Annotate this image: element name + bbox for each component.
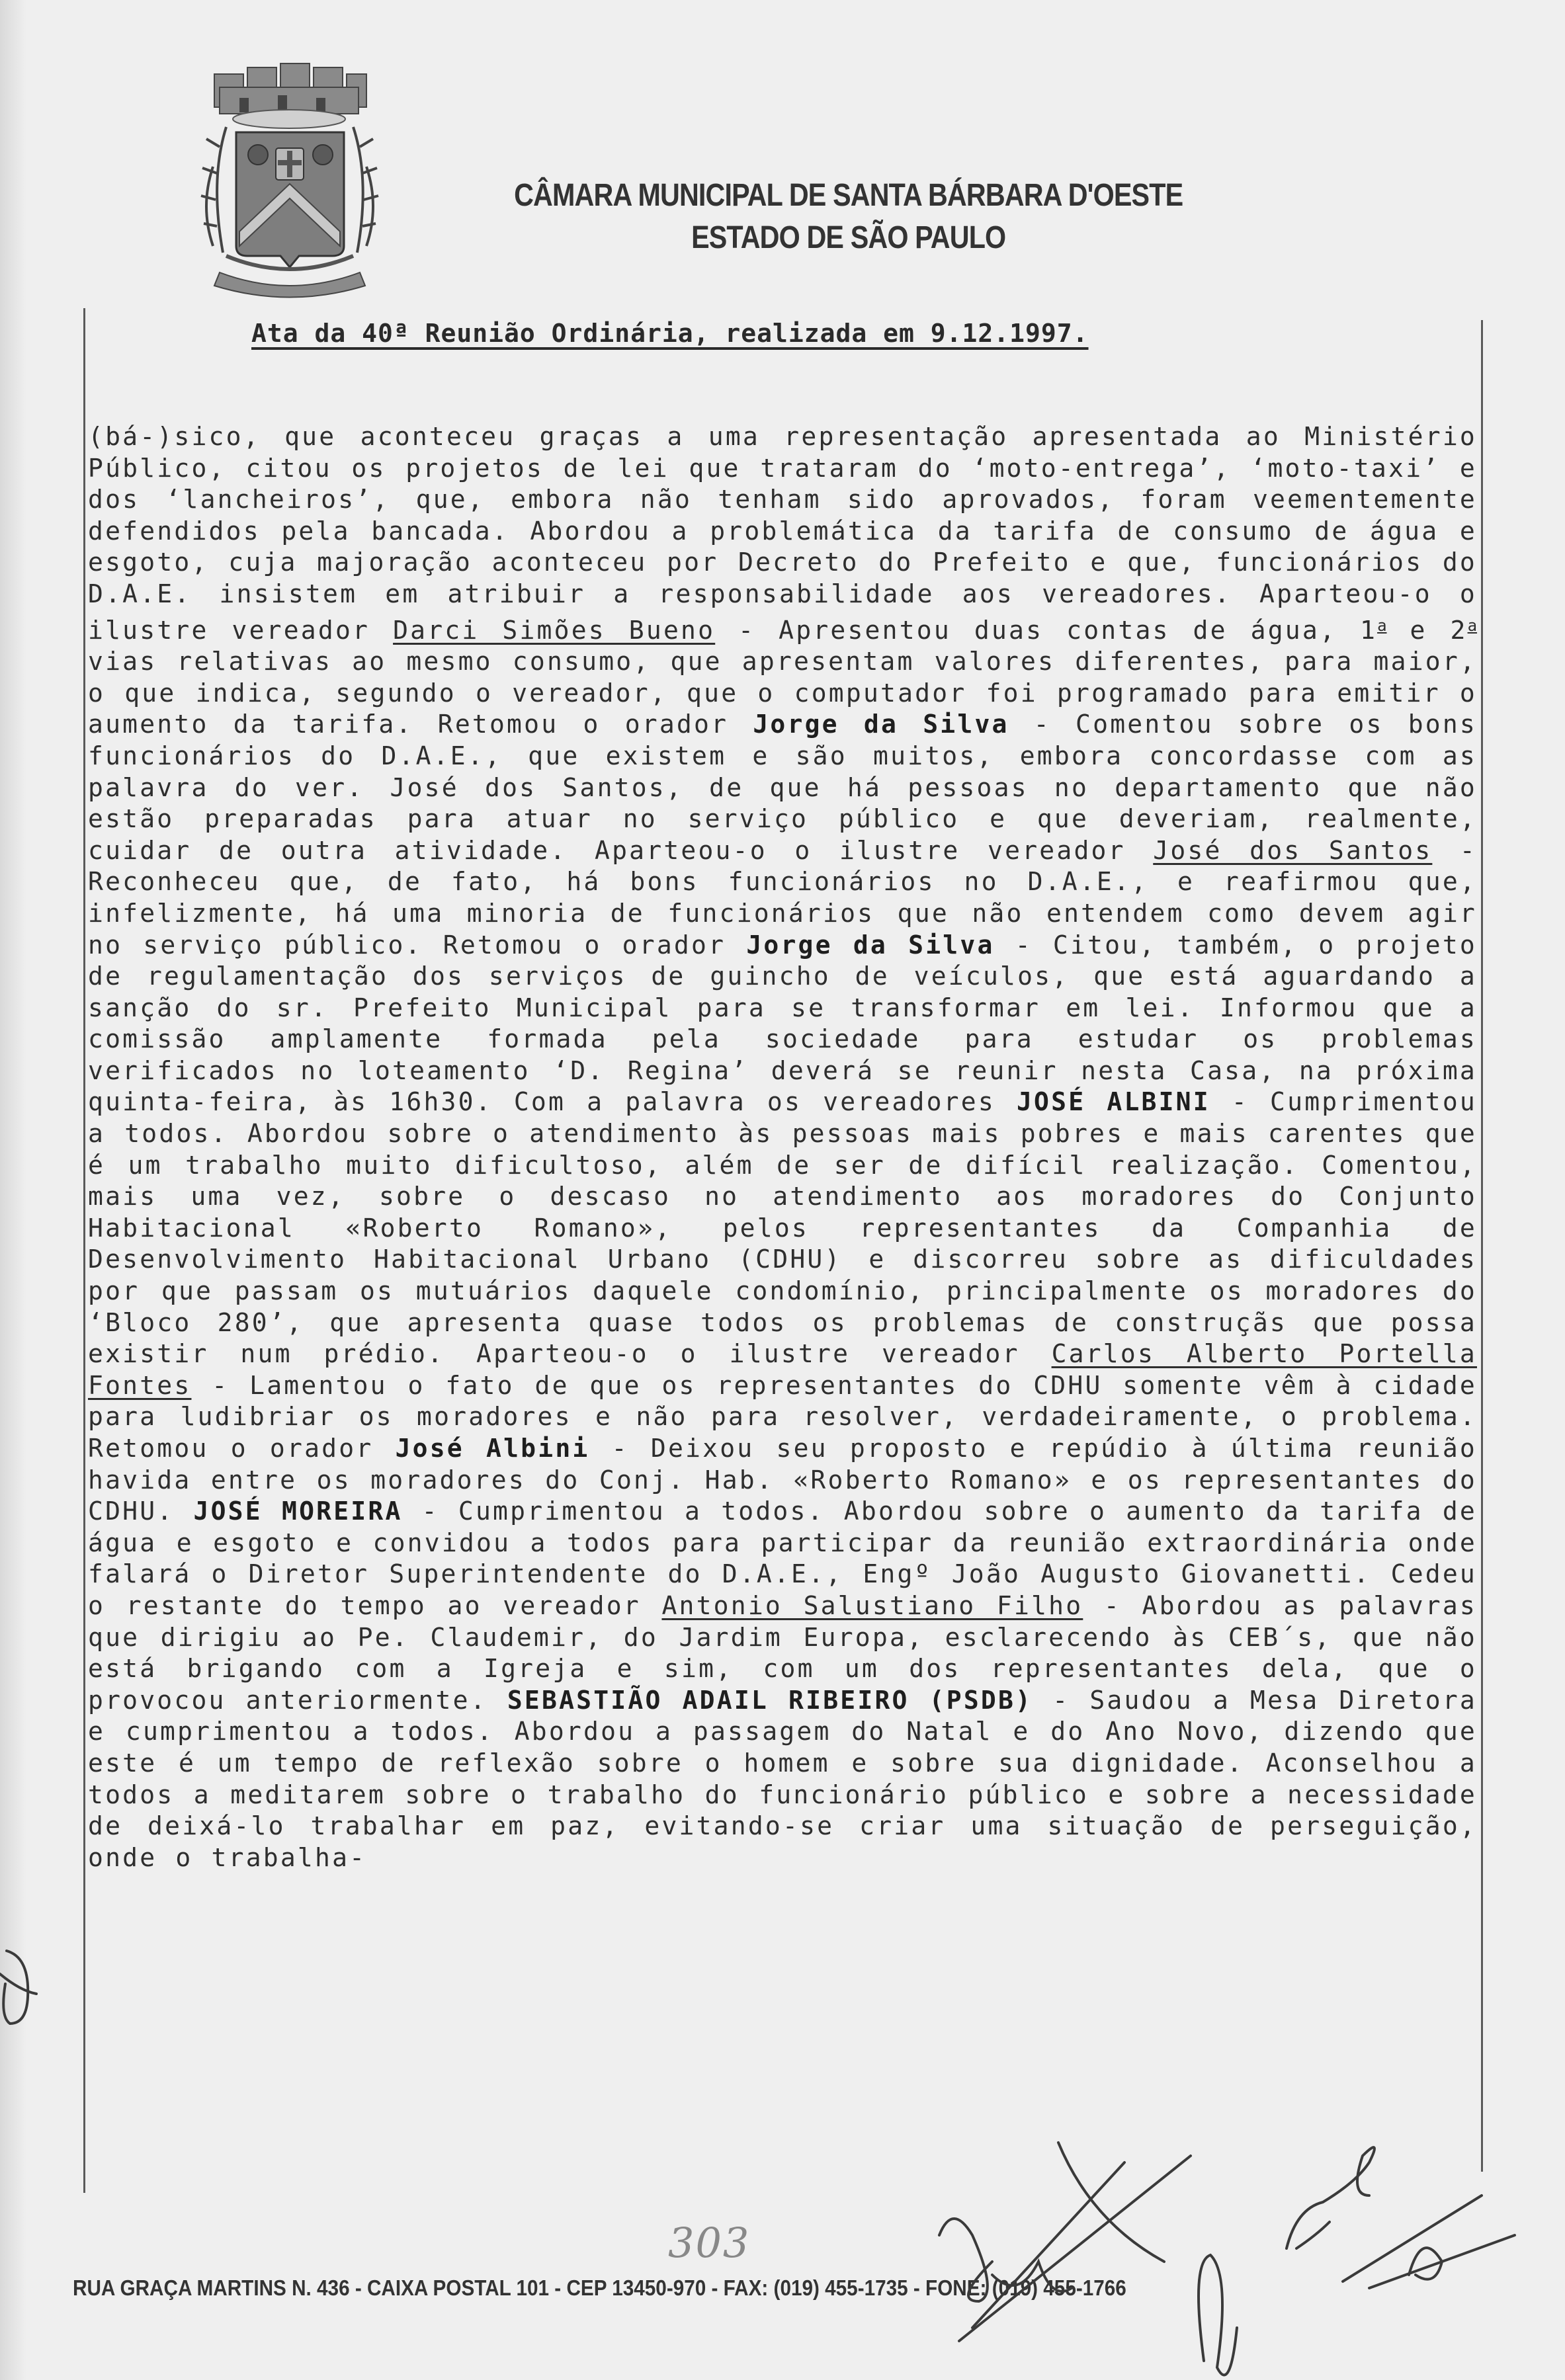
coat-of-arms-icon [173, 54, 392, 299]
institution-name: CÂMARA MUNICIPAL DE SANTA BÁRBARA D'OEST… [116, 177, 1462, 214]
ordinal-indicator: a [1468, 616, 1477, 635]
speaker-name-orador: SEBASTIÃO ADAIL RIBEIRO (PSDB) [507, 1686, 1033, 1715]
scan-edge-shadow [0, 0, 26, 2380]
body-segment: - Cumprimentou a todos. Abordou sobre o … [88, 1087, 1477, 1368]
speaker-name-orador: JOSÉ ALBINI [1017, 1087, 1210, 1116]
right-margin-rule [1481, 320, 1483, 2172]
ordinal-indicator: a [1377, 616, 1386, 635]
speaker-name-aparte: José dos Santos [1153, 836, 1432, 865]
speaker-name-aparte: Antonio Salustiano Filho [661, 1591, 1083, 1620]
body-segment: e 2 [1387, 616, 1468, 645]
speaker-name-orador: Jorge da Silva [753, 710, 1009, 739]
state-name: ESTADO DE SÃO PAULO [116, 220, 1462, 256]
speaker-name-orador: Jorge da Silva [746, 930, 994, 960]
speaker-name-aparte: Darci Simões Bueno [393, 616, 715, 645]
address-footer: RUA GRAÇA MARTINS N. 436 - CAIXA POSTAL … [73, 2276, 1335, 2301]
body-segment: - Apresentou duas contas de água, 1 [715, 616, 1377, 645]
left-margin-rule [83, 308, 85, 2193]
speaker-name-orador: JOSÉ MOREIRA [194, 1497, 403, 1526]
minutes-body: (bá-)sico, que aconteceu graças a uma re… [88, 421, 1477, 1873]
body-segment: (bá-)sico, que aconteceu graças a uma re… [88, 422, 1477, 645]
speaker-name-orador: José Albini [396, 1434, 590, 1463]
page-number: 303 [668, 2219, 750, 2267]
minutes-heading: Ata da 40ª Reunião Ordinária, realizada … [251, 319, 1089, 348]
